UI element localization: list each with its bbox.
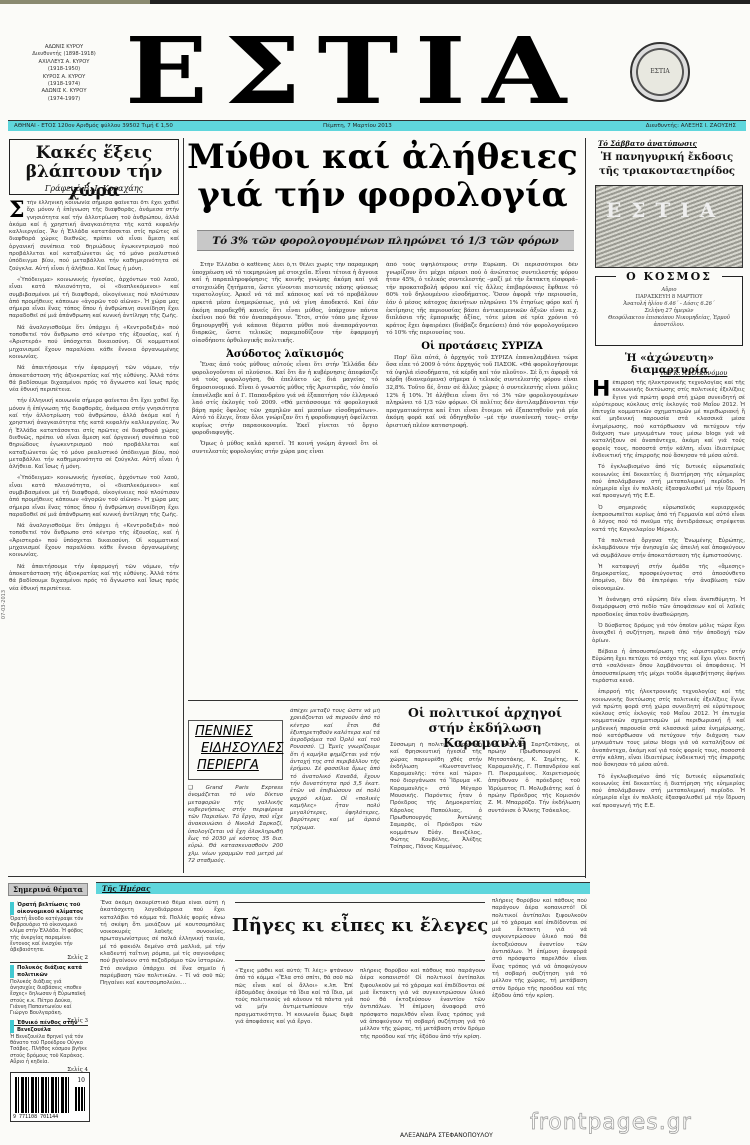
headline-rule xyxy=(235,902,485,903)
headline-rule xyxy=(235,960,485,961)
topic-title: Ὁρατή βελτίωσις τοῦ οἰκονομικοῦ κλίματος xyxy=(10,902,88,915)
column-divider xyxy=(585,138,586,878)
paragraph: Στήν Ἑλλάδα ὁ καθένας λέει ὅ,τι θέλει χω… xyxy=(192,262,378,346)
almanac-date: ΠΑΡΑΣΚΕΥΗ 8 ΜΑΡΤΙΟΥ xyxy=(596,294,742,301)
founder-years: (1918-1974) xyxy=(14,81,114,88)
topic-item[interactable]: Ἐθνικό πένθος στήν Βενεζουέλα Ἡ Βενεζουέ… xyxy=(10,1020,88,1075)
paragraph: Νά ἀναλογισθοῦμε ὅτι ὑπάρχει ἡ «Κεντροδε… xyxy=(9,325,179,361)
founder-name: ΚΥΡΟΣ Α. ΚΥΡΟΥ xyxy=(14,74,114,81)
founder-years: Διευθυντής (1898-1918) xyxy=(14,51,114,58)
paragraph: Τά πολιτικά ὄργανα τῆς Ἑνωμένης Εὐρώπης,… xyxy=(592,538,745,560)
briefs-title-box: ΠΕΝΝΙΕΣ ΕΙΔΗΣΟΥΛΕΣ ΠΕΡΙΕΡΓΑ xyxy=(188,720,283,780)
briefs-column-2: ἀπέχει μεταξύ τους ὥστε νά μή χρειάζοντα… xyxy=(290,708,380,868)
section-divider xyxy=(8,876,586,877)
topic-item[interactable]: Ὁρατή βελτίωσις τοῦ οἰκονομικοῦ κλίματος… xyxy=(10,902,88,963)
founder-years: (1918-1950) xyxy=(14,66,114,73)
paragraph: Νά ἀπαιτήσουμε τήν ἐφαρμογή τῶν νόμων, τ… xyxy=(9,365,179,394)
info-strip: ΑΘΗΝΑΙ - ΕΤΟΣ 120ον Αριθμός φύλλου 39502… xyxy=(8,120,746,131)
topic-title: Πολυκός διάξιας κατά πολιτικῶν xyxy=(10,965,88,978)
barcode: 10 9 771108 701144 xyxy=(10,1072,90,1122)
briefs-title-line: ΕΙΔΗΣΟΥΛΕΣ xyxy=(201,741,282,756)
founder-years: (1974-1997) xyxy=(14,96,114,103)
feature-kicker: Τό Σάββατο ἀνατύπωσις xyxy=(598,139,697,148)
topic-title: Ἐθνικό πένθος στήν Βενεζουέλα xyxy=(10,1020,88,1033)
bottom-middle-column-1: «Ἔχεις μάθει καί αὐτό; Τί λές;» φτάνουν … xyxy=(235,968,353,1133)
almanac-line: Αὔριο xyxy=(596,287,742,294)
column-divider xyxy=(183,138,184,873)
todays-topics-header: Σημερινά θέματα xyxy=(8,883,88,896)
almanac-box: Ο ΚΟΣΜΟΣ Αὔριο ΠΑΡΑΣΚΕΥΗ 8 ΜΑΡΤΙΟΥ Ἀνατο… xyxy=(595,276,743,346)
paragraph: ἐπιρροή τῆς ἠλεκτρονικῆς τεχνολογίας καί… xyxy=(592,689,745,769)
paragraph: Ἡ ἀνάνηψη στό εὐρώπη δέν εἶναι ἀνεπιθύμη… xyxy=(592,597,745,619)
paragraph: Ἡ καταφυγή στήν ὁμάδα τῆς «ἄμεσης» δημοκ… xyxy=(592,564,745,593)
editorial-title-box[interactable]: Κακές ἕξεις βλάπτουν τήν χώρα Γράφει ὁ Β… xyxy=(9,139,179,195)
seal-emblem-icon: ΕΣΤΙΑ xyxy=(630,42,690,102)
paragraph: ἀπό τούς ὑψηλότερους στήν Εὐρώπη. Οἱ περ… xyxy=(386,262,578,338)
lead-column-2: ἀπό τούς ὑψηλότερους στήν Εὐρώπη. Οἱ περ… xyxy=(386,262,578,692)
lead-subheadline: Τό 3% τῶν φορολογουμένων πληρώνει τό 1/3… xyxy=(197,230,574,251)
issue-date: Πέμπτη, 7 Μαρτίου 2013 xyxy=(323,121,392,131)
almanac-line: Ἀνατολή ἡλίου 6.46΄ - Δύσις 6.26΄ xyxy=(596,301,742,308)
lead-column-1: Στήν Ἑλλάδα ὁ καθένας λέει ὅ,τι θέλει χω… xyxy=(192,262,378,692)
founder-name: ΑΔΩΝΙΣ Κ. ΚΥΡΟΥ xyxy=(14,88,114,95)
section-divider xyxy=(188,700,578,701)
briefs-title-line: ΠΕΝΝΙΕΣ xyxy=(195,724,282,739)
paragraph: Νά ἀναλογισθοῦμε ὅτι ὑπάρχει ἡ «Κεντροδε… xyxy=(9,523,179,559)
paragraph: τήν ἑλληνική κοινωνία σήμερα φαίνεται ὅτ… xyxy=(9,200,179,273)
paragraph: Ἕνας ἀπό τούς μύθους αὐτούς εἶναι ὅτι στ… xyxy=(192,362,378,438)
anniversary-engraving-image: ΕΣΤΙΑ xyxy=(595,185,743,268)
topic-description: Ἡ Βενεζουέλα θρηνεῖ γιά τόν θάνατο τοῦ Π… xyxy=(10,1034,88,1065)
topic-page: Σελίς 2 xyxy=(10,955,88,963)
bottom-middle-column-2: πλήρεις θορύβου καί πάθους πού παράγουν … xyxy=(360,968,485,1118)
barcode-addon-icon xyxy=(75,1087,85,1111)
barcode-bars-icon xyxy=(15,1077,71,1113)
drop-cap: Η xyxy=(592,380,610,400)
paragraph: Παρ' ὅλα αὐτά, ὁ ἀρχηγός τοῦ ΣΥΡΙΖΑ ἐπαν… xyxy=(386,355,578,431)
paragraph: Ὅμως ὁ μύθος καλά κρατεῖ. Ἡ κοινή γνώμη … xyxy=(192,441,378,456)
newspaper-masthead[interactable]: ΕΣΤΙΑ xyxy=(125,30,691,112)
founder-name: ΑΧΙΛΛΕΥΣ Α. ΚΥΡΟΥ xyxy=(14,59,114,66)
paragraph: «Ὑπόδειγμα» κοινωνικής ἡγεσίας, ἀρχόντων… xyxy=(9,475,179,519)
almanac-line: Σελήνη 27 ἡμερῶν xyxy=(596,308,742,315)
crosshead: Οἱ προτάσεις ΣΥΡΙΖΑ xyxy=(386,343,578,351)
top-border xyxy=(0,0,750,4)
feature-title[interactable]: Ἡ πανηγυρική ἔκδοσις τῆς τριακονταετηρίδ… xyxy=(592,151,742,179)
paragraph: Ὁ δύσβατος δρόμος γιά τόν ὁποῖον μόλις τ… xyxy=(592,623,745,645)
paragraph: Νά ἀπαιτήσουμε τήν ἐφαρμογή τῶν νόμων, τ… xyxy=(9,564,179,593)
editorial-body: Σ τήν ἑλληνική κοινωνία σήμερα φαίνεται … xyxy=(9,200,179,828)
topic-item[interactable]: Πολυκός διάξιας κατά πολιτικῶν Πολυκός δ… xyxy=(10,965,88,1026)
almanac-line: Θεοφύλακτου ἐπισκόπου Νικομηδείας, Ἑρμοῦ… xyxy=(596,315,742,329)
briefs-column-1: ❑ Grand Paris Express ὀνομάζεται τό νέο … xyxy=(188,785,283,865)
section-label: Τῆς Ἡμέρας xyxy=(96,882,590,894)
bottom-headline[interactable]: Πῆγες κι εἶπες κι ἔλεγες xyxy=(230,915,490,936)
karamanlis-column-1: Σύσσωμη ἡ πολιτική, πολιτική καί θρησκευ… xyxy=(390,742,482,870)
paragraph: ἐπιρροή τῆς ἠλεκτρονικῆς τεχνολογίας καί… xyxy=(592,380,745,460)
author-signature: ΑΛΕΞΑΝΔΡΑ ΣΤΕΦΑΝΟΠΟΥΛΟΥ xyxy=(400,1132,493,1139)
founders-list: ΑΔΩΝΙΣ ΚΥΡΟΥ Διευθυντής (1898-1918) ΑΧΙΛ… xyxy=(14,44,114,103)
karamanlis-column-2: λος καί Χρ. Σαρτζετάκης, οἱ πρώην Πρωθυπ… xyxy=(488,742,580,870)
topic-description: Πολυκός διάξιας γιά ἀνησυχίες διαβάσεις … xyxy=(10,979,88,1016)
opinion-body: Η ἐπιρροή τῆς ἠλεκτρονικῆς τεχνολογίας κ… xyxy=(592,380,745,1128)
engraving-text: ΕΣΤΙΑ xyxy=(606,198,725,222)
paragraph: «Ὑπόδειγμα» κοινωνικής ἡγεσίας, ἀρχόντων… xyxy=(9,277,179,321)
opinion-byline: τοῦ Κ. Α. Οἰκονόμου xyxy=(660,369,727,377)
barcode-issue: 10 xyxy=(77,1077,85,1084)
editorial-byline: Γράφει ὁ Β. Ι. Κοραχάης xyxy=(10,184,178,193)
drop-cap: Σ xyxy=(9,200,25,220)
crosshead: Ἀσύδοτος λαϊκισμός xyxy=(192,351,378,359)
side-date-stamp: 07-03-2013 xyxy=(1,590,7,619)
issue-info: ΑΘΗΝΑΙ - ΕΤΟΣ 120ον Αριθμός φύλλου 39502… xyxy=(14,121,173,131)
paragraph: Ὁ σημερινός εὐρωπαϊκός κυριαρχικός ἐκπρο… xyxy=(592,505,745,534)
seal-text: ΕΣΤΙΑ xyxy=(632,68,688,75)
briefs-title-line: ΠΕΡΙΕΡΓΑ xyxy=(197,758,282,773)
lead-headline[interactable]: Μύθοι καί ἀλήθειες γιά τήν φορολογία xyxy=(185,138,580,214)
paragraph: Τό ἐγκλωβισμένο ἀπό τίς δυτικές εὐρωπαϊκ… xyxy=(592,464,745,500)
bottom-right-column: πλήρεις θορύβου καί πάθους πού παράγουν … xyxy=(492,898,587,1118)
paragraph: τήν ἑλληνική κοινωνία σήμερα φαίνεται ὅτ… xyxy=(9,398,179,471)
topic-description: Ὁρατή ἄνοδο κατέγραψε τόν Φεβρουάριο τό … xyxy=(10,916,88,953)
editor-info: Διευθυντής: ΑΛΕΞΗΣ Ι. ΖΑΟΥΣΗΣ xyxy=(646,121,736,131)
almanac-title: Ο ΚΟΣΜΟΣ xyxy=(616,270,722,283)
bottom-left-column: Ἕνα ἀκόμη ἀκουρίστικό θέμα εἶναι αὐτή ἡ … xyxy=(100,900,225,1135)
paragraph: Βέβαια ἡ ἀποσυσπείρωση τῆς «ἀριστερᾶς» σ… xyxy=(592,649,745,685)
paragraph: Τό ἐγκλωβισμένο ἀπό τίς δυτικές εὐρωπαϊκ… xyxy=(592,774,745,810)
watermark: frontpages.gr xyxy=(530,1110,692,1135)
barcode-number: 9 771108 701144 xyxy=(13,1114,58,1120)
